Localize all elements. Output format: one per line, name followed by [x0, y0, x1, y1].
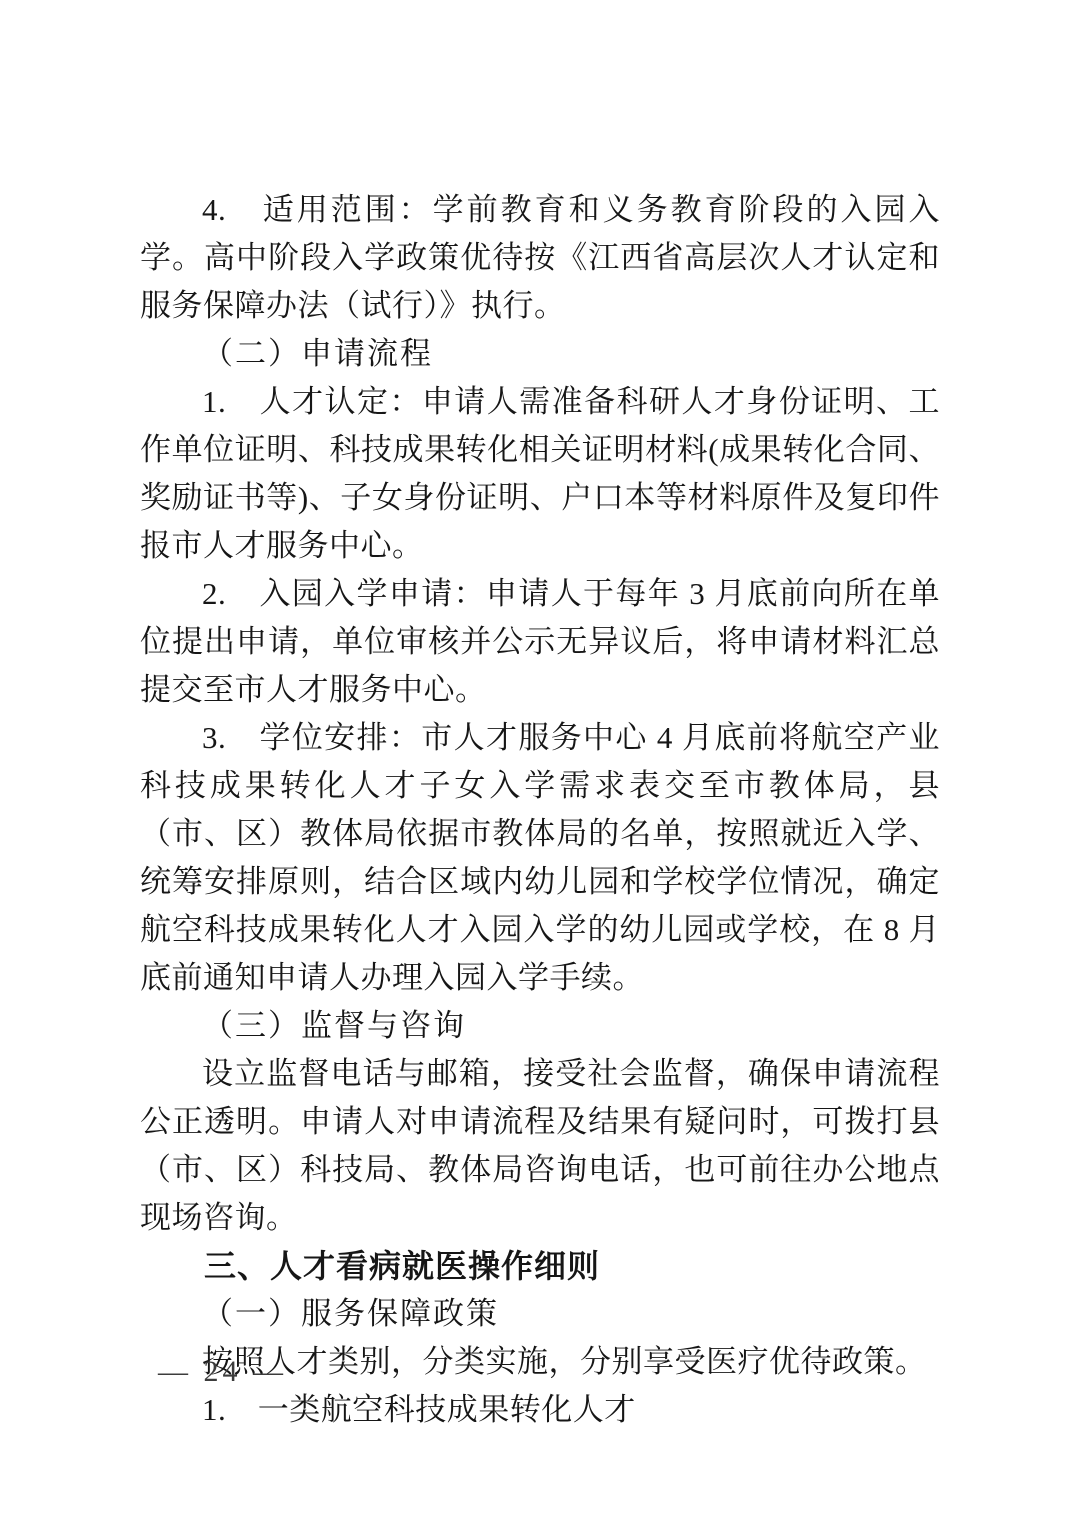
body-paragraph: 设立监督电话与邮箱，接受社会监督，确保申请流程公正透明。申请人对申请流程及结果有… [140, 1050, 940, 1242]
section-subheading: （一）服务保障政策 [140, 1290, 940, 1338]
page-number: — 24 — [158, 1352, 287, 1392]
body-paragraph: 1. 一类航空科技成果转化人才 [140, 1386, 940, 1434]
body-paragraph: 3. 学位安排：市人才服务中心 4 月底前将航空产业科技成果转化人才子女入学需求… [140, 714, 940, 1002]
body-paragraph: 1. 人才认定：申请人需准备科研人才身份证明、工作单位证明、科技成果转化相关证明… [140, 378, 940, 570]
section-subheading: （二）申请流程 [140, 330, 940, 378]
body-paragraph: 4. 适用范围：学前教育和义务教育阶段的入园入学。高中阶段入学政策优待按《江西省… [140, 186, 940, 330]
section-subheading: （三）监督与咨询 [140, 1002, 940, 1050]
document-body: 4. 适用范围：学前教育和义务教育阶段的入园入学。高中阶段入学政策优待按《江西省… [140, 186, 940, 1434]
document-page: 4. 适用范围：学前教育和义务教育阶段的入园入学。高中阶段入学政策优待按《江西省… [0, 0, 1074, 1520]
body-paragraph: 2. 入园入学申请：申请人于每年 3 月底前向所在单位提出申请，单位审核并公示无… [140, 570, 940, 714]
section-heading: 三、人才看病就医操作细则 [140, 1242, 940, 1290]
